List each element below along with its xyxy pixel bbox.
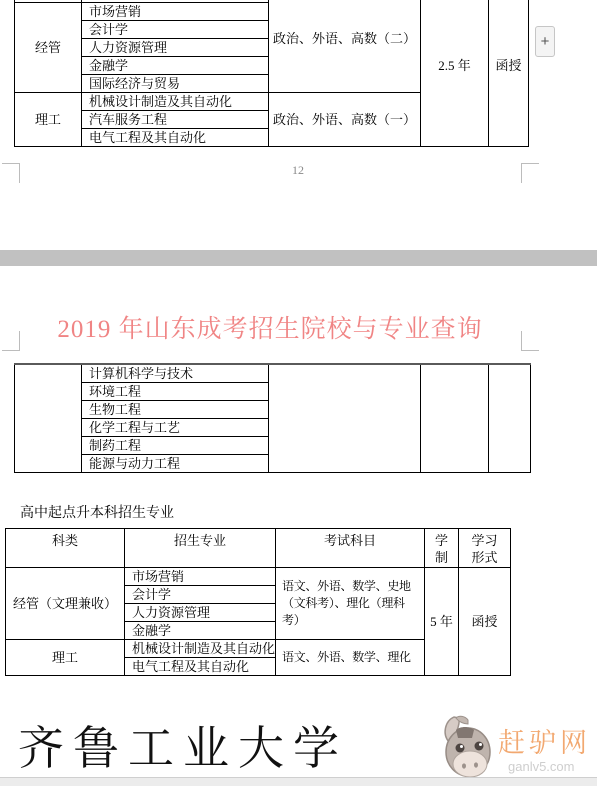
table-row: 计算机科学与技术 bbox=[15, 364, 531, 383]
column-header-duration-line2: 制 bbox=[425, 549, 458, 566]
table-cell-major: 机械设计制造及其自动化 bbox=[125, 640, 276, 658]
page-number: 12 bbox=[268, 163, 328, 178]
table-cell-study-form: 函授 bbox=[459, 568, 511, 676]
table-cell-major: 汽车服务工程 bbox=[82, 111, 269, 129]
table-cell-major: 能源与动力工程 bbox=[82, 455, 269, 473]
table-cell-major: 会计学 bbox=[82, 21, 269, 39]
table-cell-major: 会计学 bbox=[125, 586, 276, 604]
table-cell-duration-empty bbox=[421, 364, 489, 473]
document-viewport: { "window": { "plus_button_label": "+", … bbox=[0, 0, 597, 786]
column-header-duration-line1: 学 bbox=[425, 532, 458, 549]
plus-icon: + bbox=[541, 33, 550, 50]
column-header-form-line2: 形式 bbox=[459, 549, 510, 566]
text-boundary-mark-bottom-right-icon bbox=[521, 163, 539, 183]
table-cell-major: 环境工程 bbox=[82, 383, 269, 401]
page-title: 2019 年山东成考招生院校与专业查询 bbox=[0, 313, 540, 347]
horizontal-scrollbar-track[interactable] bbox=[0, 777, 597, 786]
column-header-major: 招生专业 bbox=[125, 529, 276, 568]
table-cell-exam-subjects: 政治、外语、高数（一） bbox=[269, 93, 421, 147]
text-boundary-mark-bottom-left-icon bbox=[2, 163, 20, 183]
top-enrollment-table-region: 政治、外语、高数（二） 2.5 年 函授 经管 市场营销 会计学 人力资源管理 … bbox=[14, 0, 540, 156]
middle-majors-table-region: 计算机科学与技术 环境工程 生物工程 化学工程与工艺 制药工程 能源与动力工程 bbox=[14, 363, 531, 473]
table-cell-major: 市场营销 bbox=[82, 3, 269, 21]
table-cell-duration: 5 年 bbox=[425, 568, 459, 676]
site-watermark: 赶驴网 ganlv5.com bbox=[438, 712, 593, 778]
table-cell-major: 电气工程及其自动化 bbox=[82, 129, 269, 147]
table-cell-category: 经管（文理兼收） bbox=[6, 568, 125, 640]
column-header-category: 科类 bbox=[6, 529, 125, 568]
table-cell-major: 计算机科学与技术 bbox=[82, 364, 269, 383]
table-cell-exam-empty bbox=[269, 364, 421, 473]
column-header-duration: 学 制 bbox=[425, 529, 459, 568]
table-cell-exam-subjects: 政治、外语、高数（二） bbox=[269, 0, 421, 93]
column-header-form: 学习 形式 bbox=[459, 529, 511, 568]
table-cell-category-empty bbox=[15, 364, 82, 473]
table-header-row: 科类 招生专业 考试科目 学 制 学习 形式 bbox=[6, 529, 511, 568]
table-cell-exam-subjects: 语文、外语、数学、史地（文科考）、理化（理科考） bbox=[276, 568, 425, 640]
table-cell-category: 经管 bbox=[15, 3, 82, 93]
table-cell-form-empty bbox=[489, 364, 531, 473]
table-cell-category: 理工 bbox=[6, 640, 125, 676]
column-header-form-line1: 学习 bbox=[459, 532, 510, 549]
column-header-exam: 考试科目 bbox=[276, 529, 425, 568]
table-cell-major: 人力资源管理 bbox=[125, 604, 276, 622]
watermark-brand-text: 赶驴网 bbox=[498, 728, 591, 758]
middle-majors-table: 计算机科学与技术 环境工程 生物工程 化学工程与工艺 制药工程 能源与动力工程 bbox=[14, 363, 531, 473]
table-cell-major: 金融学 bbox=[82, 57, 269, 75]
bottom-enrollment-table: 科类 招生专业 考试科目 学 制 学习 形式 经管（文理兼收） 市场营销 语文、… bbox=[5, 528, 511, 676]
watermark-url-text: ganlv5.com bbox=[508, 759, 574, 774]
table-cell-major: 金融学 bbox=[125, 622, 276, 640]
table-cell-major: 机械设计制造及其自动化 bbox=[82, 93, 269, 111]
insert-plus-button[interactable]: + bbox=[535, 26, 555, 57]
table-cell-category: 理工 bbox=[15, 93, 82, 147]
table-cell-major: 化学工程与工艺 bbox=[82, 419, 269, 437]
table-cell-duration: 2.5 年 bbox=[421, 0, 489, 147]
university-name-heading: 齐鲁工业大学 bbox=[18, 720, 348, 778]
table-cell-exam-subjects: 语文、外语、数学、理化 bbox=[276, 640, 425, 676]
top-enrollment-table: 政治、外语、高数（二） 2.5 年 函授 经管 市场营销 会计学 人力资源管理 … bbox=[14, 0, 529, 147]
table-cell-major: 电气工程及其自动化 bbox=[125, 658, 276, 676]
table-cell-major: 人力资源管理 bbox=[82, 39, 269, 57]
section-label: 高中起点升本科招生专业 bbox=[20, 502, 174, 522]
bottom-enrollment-table-region: 科类 招生专业 考试科目 学 制 学习 形式 经管（文理兼收） 市场营销 语文、… bbox=[5, 528, 511, 676]
table-cell-major: 市场营销 bbox=[125, 568, 276, 586]
page-separator bbox=[0, 250, 597, 266]
table-cell-major: 生物工程 bbox=[82, 401, 269, 419]
donkey-icon bbox=[438, 714, 500, 778]
table-cell-study-form: 函授 bbox=[489, 0, 529, 147]
table-cell-major: 国际经济与贸易 bbox=[82, 75, 269, 93]
table-cell-major: 制药工程 bbox=[82, 437, 269, 455]
table-row: 经管（文理兼收） 市场营销 语文、外语、数学、史地（文科考）、理化（理科考） 5… bbox=[6, 568, 511, 586]
